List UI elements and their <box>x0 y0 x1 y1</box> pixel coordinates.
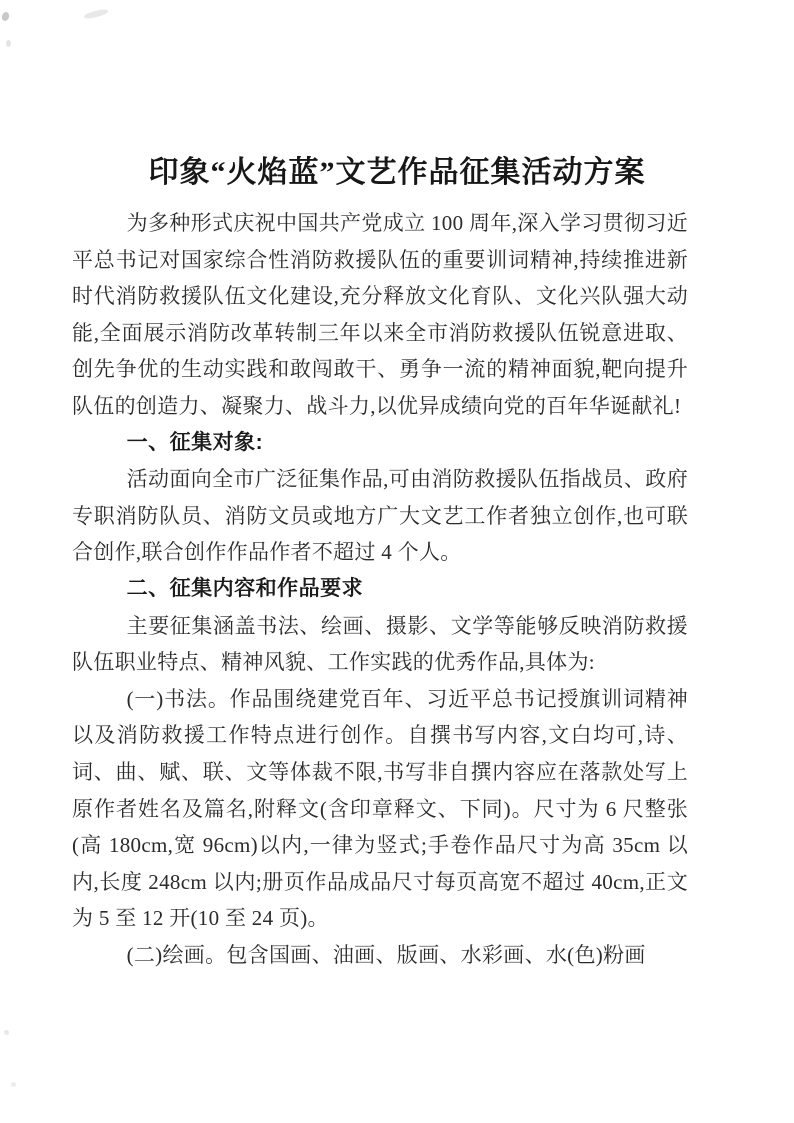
scanned-document-page: 印象“火焰蓝”文艺作品征集活动方案 为多种形式庆祝中国共产党成立 100 周年,… <box>0 0 794 1123</box>
section-heading: 一、征集对象: <box>72 425 688 462</box>
body-paragraph: 活动面向全市广泛征集作品,可由消防救援队伍指战员、政府专职消防队员、消防文员或地… <box>72 461 688 571</box>
body-paragraph: (二)绘画。包含国画、油画、版画、水彩画、水(色)粉画 <box>72 937 688 974</box>
document-title: 印象“火焰蓝”文艺作品征集活动方案 <box>0 149 794 197</box>
section-heading: 二、征集内容和作品要求 <box>72 571 688 608</box>
scan-speck <box>4 1030 9 1035</box>
body-paragraph: (一)书法。作品围绕建党百年、习近平总书记授旗训词精神以及消防救援工作特点进行创… <box>72 681 688 937</box>
document-body: 为多种形式庆祝中国共产党成立 100 周年,深入学习贯彻习近平总书记对国家综合性… <box>72 205 688 973</box>
scan-speck <box>1 11 11 22</box>
body-paragraph: 为多种形式庆祝中国共产党成立 100 周年,深入学习贯彻习近平总书记对国家综合性… <box>72 205 688 425</box>
body-paragraph: 主要征集涵盖书法、绘画、摄影、文学等能够反映消防救援队伍职业特点、精神风貌、工作… <box>72 608 688 681</box>
scan-smudge <box>84 8 109 20</box>
scan-speck <box>11 1082 16 1087</box>
scan-speck <box>6 40 11 47</box>
